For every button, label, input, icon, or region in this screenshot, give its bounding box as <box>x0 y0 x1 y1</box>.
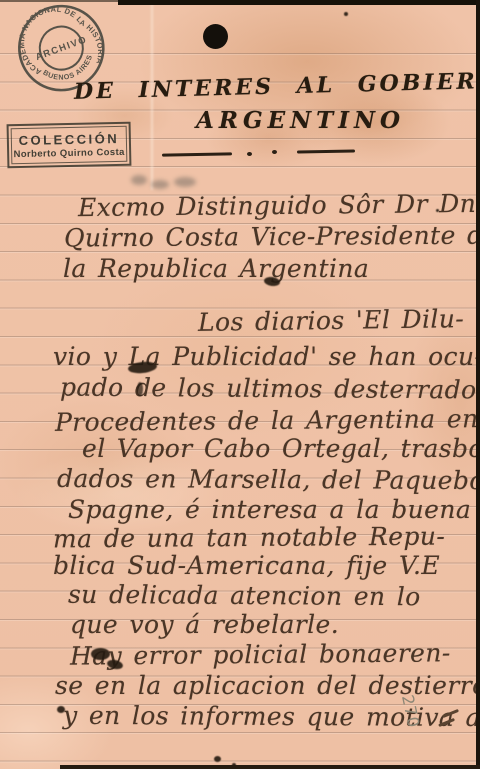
ink-speck <box>137 382 143 396</box>
manuscript-line: dados en Marsella, del Paquebot <box>57 465 480 495</box>
title-underline-dot1 <box>247 152 252 156</box>
manuscript-line: Los diarios 'El Dilu- <box>198 305 465 336</box>
manuscript-line: blica Sud-Americana, fije V.E <box>53 552 440 580</box>
manuscript-line: que voy á rebelarle. <box>70 611 339 639</box>
pencil-smudge <box>131 175 147 185</box>
scan-edge-bottom <box>60 765 480 769</box>
scan-edge-top-left <box>0 0 120 2</box>
collection-stamp-name: Norberto Quirno Costa <box>13 146 125 159</box>
ink-speck <box>344 12 348 16</box>
title-underline-dot2 <box>272 150 277 154</box>
scanned-manuscript-page: { "manuscript": { "archive_stamp": { "ri… <box>0 0 480 769</box>
manuscript-line: Hay error policial bonaeren- <box>70 639 451 670</box>
manuscript-line: Excmo Distinguido Sôr Dr Dn <box>78 190 476 222</box>
ink-speck <box>436 209 439 212</box>
scan-edge-right <box>476 0 480 769</box>
collection-stamp-title: COLECCIÓN <box>18 130 119 147</box>
pencil-smudge <box>151 180 169 189</box>
scan-edge-top <box>118 0 480 5</box>
manuscript-title-line2: ARGENTINO <box>196 107 405 134</box>
pencil-smudge <box>174 177 196 187</box>
manuscript-line: el Vapor Cabo Ortegal, trasbor- <box>82 435 480 463</box>
manuscript-line: Procedentes de la Argentina en <box>55 405 479 436</box>
manuscript-line: ma de una tan notable Repu- <box>53 523 445 553</box>
collection-stamp-frame: COLECCIÓN Norberto Quirno Costa <box>11 126 128 164</box>
hole-punch <box>203 24 228 49</box>
manuscript-line: Quirno Costa Vice-Presidente de <box>64 221 480 252</box>
manuscript-line: la Republica Argentina <box>63 255 369 283</box>
collection-stamp: COLECCIÓN Norberto Quirno Costa <box>7 122 132 169</box>
manuscript-line: Spagne, é interesa a la buena fa- <box>68 496 480 524</box>
manuscript-line: su delicada atencion en lo <box>68 581 421 611</box>
manuscript-line: vio y La Publicidad' se han ocu- <box>53 343 480 371</box>
ink-blot <box>57 706 65 713</box>
manuscript-line: pado de los ultimos desterrados <box>60 374 480 404</box>
ink-speck <box>214 756 221 762</box>
ink-blot <box>91 648 110 660</box>
